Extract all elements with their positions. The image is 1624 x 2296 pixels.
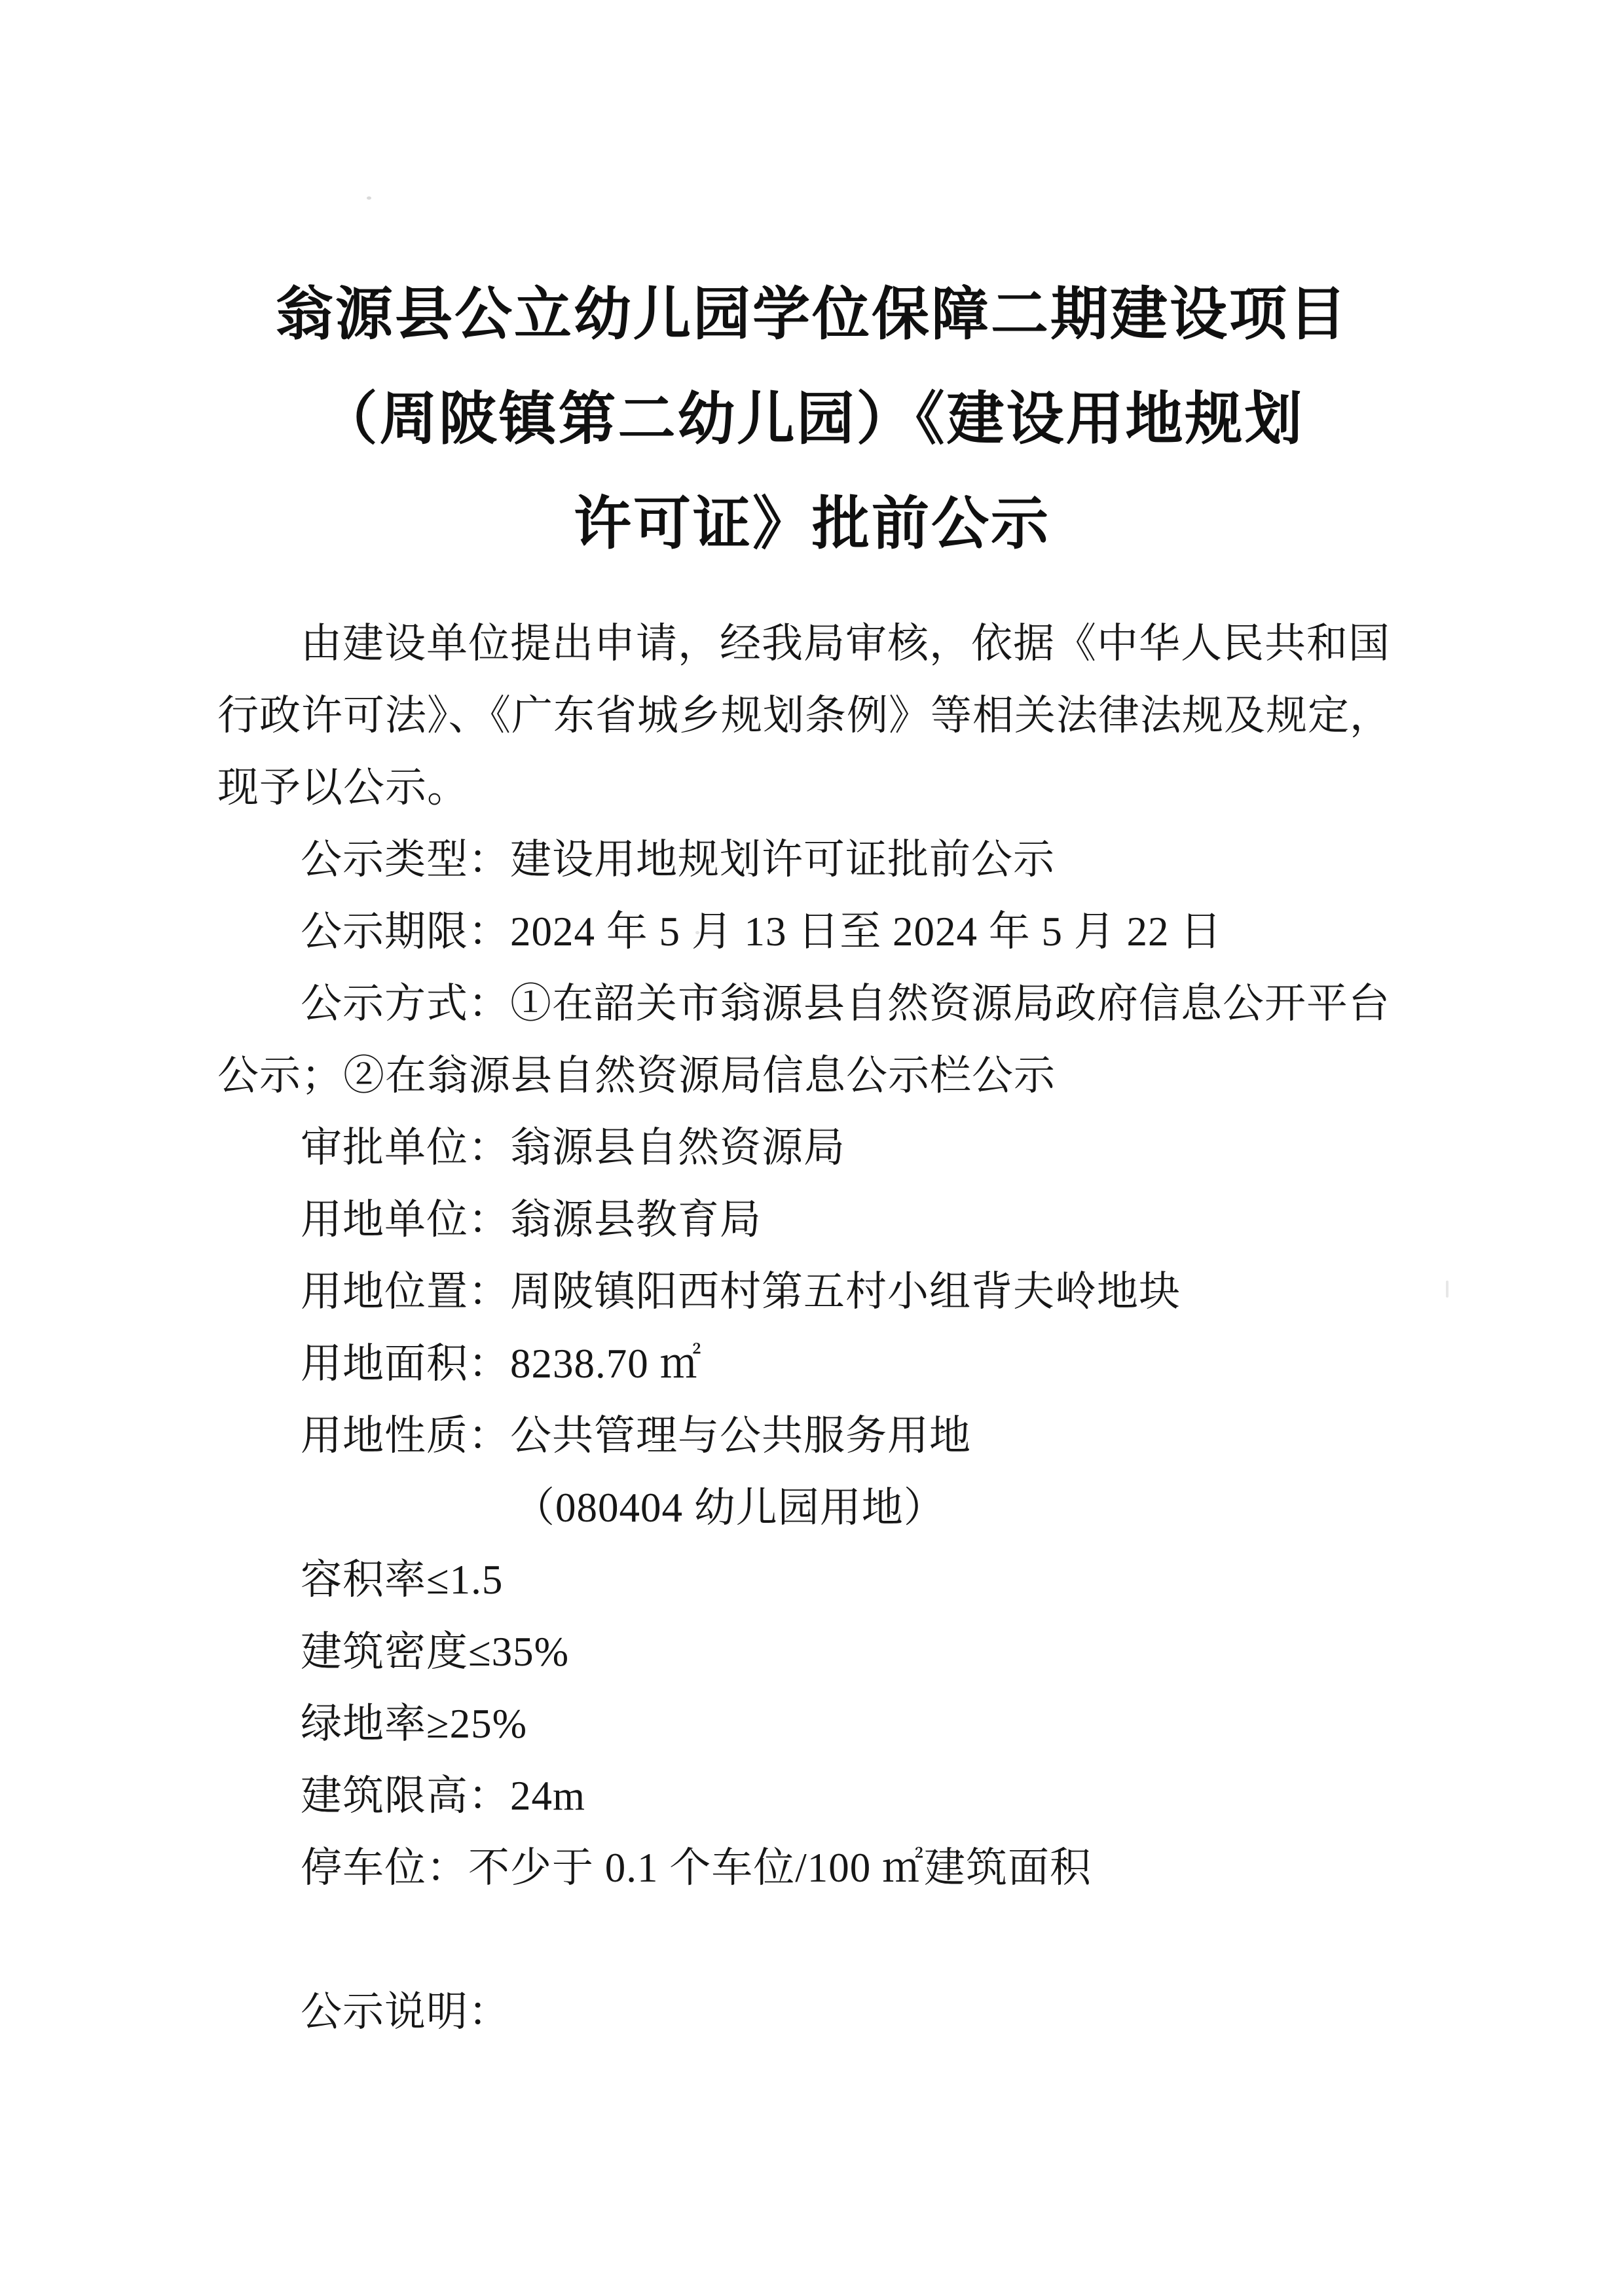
line-building-density: 建筑密度≤35% <box>217 1616 1414 1688</box>
line-notice-method: 公示方式：①在韶关市翁源县自然资源局政府信息公开平台 <box>217 968 1414 1040</box>
line-plot-ratio: 容积率≤1.5 <box>217 1544 1414 1616</box>
line-notice-note-label: 公示说明： <box>217 1976 1414 2048</box>
line-land-use-nature: 用地性质：公共管理与公共服务用地 <box>217 1400 1414 1472</box>
document-page: 翁源县公立幼儿园学位保障二期建设项目 （周陂镇第二幼儿园）《建设用地规划 许可证… <box>0 0 1624 2296</box>
intro-line-3: 现予以公示。 <box>217 752 1414 824</box>
scan-speck <box>367 196 371 200</box>
line-parking-requirement: 停车位：不少于 0.1 个车位/100 ㎡建筑面积 <box>217 1832 1414 1904</box>
line-land-use-code: （080404 幼儿园用地） <box>217 1472 1414 1544</box>
line-land-user-unit: 用地单位：翁源县教育局 <box>217 1184 1414 1256</box>
intro-line-1: 由建设单位提出申请，经我局审核，依据《中华人民共和国 <box>217 608 1414 680</box>
document-body: 由建设单位提出申请，经我局审核，依据《中华人民共和国 行政许可法》、《广东省城乡… <box>217 608 1414 2048</box>
title-line-2: （周陂镇第二幼儿园）《建设用地规划 <box>0 368 1624 473</box>
intro-line-2: 行政许可法》、《广东省城乡规划条例》等相关法律法规及规定， <box>217 680 1414 752</box>
scan-speck <box>695 931 699 934</box>
scan-speck <box>1446 1281 1449 1298</box>
line-land-area: 用地面积：8238.70 ㎡ <box>217 1328 1414 1400</box>
line-notice-period: 公示期限：2024 年 5 月 13 日至 2024 年 5 月 22 日 <box>217 896 1414 968</box>
title-line-1: 翁源县公立幼儿园学位保障二期建设项目 <box>0 263 1624 368</box>
document-title: 翁源县公立幼儿园学位保障二期建设项目 （周陂镇第二幼儿园）《建设用地规划 许可证… <box>0 263 1624 577</box>
line-height-limit: 建筑限高：24m <box>217 1760 1414 1832</box>
title-line-3: 许可证》批前公示 <box>0 473 1624 577</box>
line-approval-unit: 审批单位：翁源县自然资源局 <box>217 1112 1414 1184</box>
line-notice-type: 公示类型：建设用地规划许可证批前公示 <box>217 824 1414 896</box>
line-land-location: 用地位置：周陂镇阳西村第五村小组背夫岭地块 <box>217 1256 1414 1328</box>
line-green-space-rate: 绿地率≥25% <box>217 1688 1414 1760</box>
line-notice-method-continued: 公示；②在翁源县自然资源局信息公示栏公示 <box>217 1040 1414 1112</box>
blank-line <box>217 1904 1414 1976</box>
